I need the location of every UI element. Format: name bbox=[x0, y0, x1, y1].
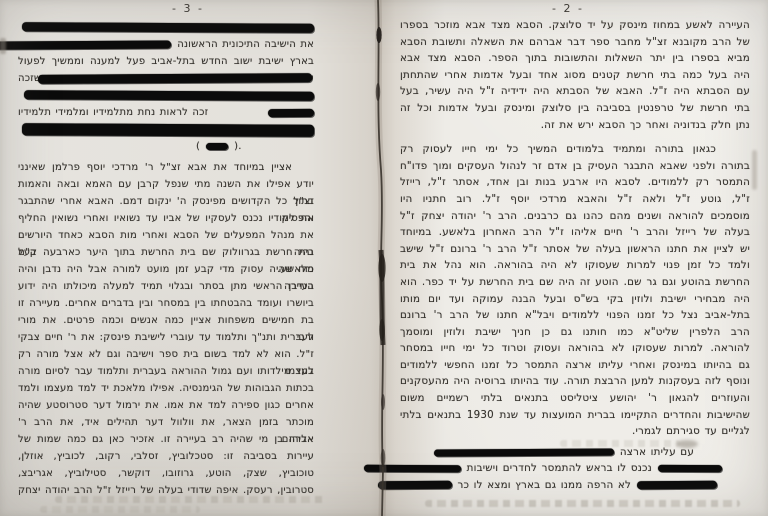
text-run: עם עליתו ארצה bbox=[620, 444, 694, 461]
text-line: בת חמישים משפחות אציין כמה אנשים וכמה פר… bbox=[18, 312, 314, 329]
page-2: - 2 - העיירה לאשע במחוז מינסק על יד סלוצ… bbox=[372, 0, 768, 516]
text-line: מביא בספרו בין יתר השאלות והתשובות בתוך … bbox=[400, 50, 750, 67]
text-line: להוראה. למרות שעסוקו לא בהוראה ועסוק וטר… bbox=[400, 340, 750, 357]
partially-redacted-line: זכה לראות נחת מתלמידיו ומלמידי תלמידיו bbox=[18, 104, 314, 121]
text-line: בארץ ישיבת ישוב החדש בתל-אביב פעל למענה … bbox=[18, 53, 314, 70]
redaction-line bbox=[18, 19, 314, 36]
text-line: ז"ל, גוטע ז"ל ולאה ז"ל והאבא מרדכי יוסף … bbox=[400, 191, 750, 208]
page-2-text-block: העיירה לאשע במחוז מינסק על יד סלוצק. הסב… bbox=[400, 17, 750, 494]
text-line: החרשת בהוטע וגם גר שם. הוטע זה היה שם בי… bbox=[400, 274, 750, 291]
text-run: ). bbox=[234, 138, 241, 155]
redaction-line bbox=[18, 121, 314, 138]
text-line: הנדבן הראשי מתן בסתר ובגלוי תמיד למעלה מ… bbox=[18, 278, 314, 295]
text-run: ( bbox=[196, 138, 200, 155]
text-line: יש לציין את חתנו הראשון בעלה של אסתר ז"ל… bbox=[400, 241, 750, 258]
text-line: היה בעל כמה בתי חרשת קטנים מסוג אחד ובעל… bbox=[400, 67, 750, 84]
text-line: ביושרו ועומד בהבטחתו בין במסחר ובין בדבר… bbox=[18, 295, 314, 312]
text-line: לגליים עד סגירתם לגמרי. bbox=[400, 423, 750, 440]
text-line: למד מילדותו ועם גמול ההוראה בעברית ותלמו… bbox=[18, 363, 314, 380]
redaction-bar bbox=[364, 465, 461, 473]
text-line: בעלה של רייזל והרב ר' חיים אליהו ז"ל הרב… bbox=[400, 224, 750, 241]
redaction-bar bbox=[637, 481, 717, 489]
text-run: נכנס לו בראש להתמסר לחדרים וישיבות bbox=[467, 460, 652, 477]
partially-redacted-line: את הישיבה התיכונית הראשונה bbox=[18, 36, 314, 53]
redaction-bar bbox=[0, 40, 171, 49]
redaction-bar bbox=[22, 22, 314, 33]
text-line: של הרב מקובנא זצ"ל מחבר ספר דבר אברהם את… bbox=[400, 34, 750, 51]
text-line: בתל-אביב נצל כל זמנו הפנוי ללמודים ויבל"… bbox=[400, 307, 750, 324]
text-line: אציין במיוחד את אבא זצ"ל ר' מרדכי יוסף פ… bbox=[18, 159, 314, 176]
text-line: בתורה ולפני שאבא התבגר העסיק בן אדם זר ל… bbox=[400, 158, 750, 175]
text-line: ז"ל. הוא לא למד בשום בית ספר וישיבה וגם … bbox=[18, 346, 314, 363]
text-line: ונוסף לזה בעסקנות למען הרבצת תורה. עוד ב… bbox=[400, 373, 750, 390]
page-3-text-block: את הישיבה התיכונית הראשונהבארץ ישיבת ישו… bbox=[18, 19, 314, 499]
text-line: נתן חלק בנדוניה ואחר כך הסבא ירש את זה. bbox=[400, 117, 750, 134]
text-line: אחרים כגון ספירה למד את אמו. את ירמול דע… bbox=[18, 397, 314, 414]
redaction-line bbox=[18, 87, 314, 104]
text-run: זכה לראות נחת מתלמידיו ומלמידי תלמידיו bbox=[18, 104, 208, 121]
text-line: כזה שהיה עסוק מדי קבע זמן מועט למורה אבל… bbox=[18, 261, 314, 278]
text-line: כגאון בתורה ומתמיד בלמודים המשיך כל ימי … bbox=[400, 141, 750, 158]
redaction-bar bbox=[24, 90, 314, 101]
text-line: לעברית ותנ"ך ותלמוד עד עוברי לישיבת פינס… bbox=[18, 329, 314, 346]
page-number-left: - 3 - bbox=[172, 2, 204, 15]
text-line: בית חרשת בגרוולוק שם בית החרשת בתוך היער… bbox=[18, 244, 314, 261]
partially-redacted-line: נכנס לו בראש להתמסר לחדרים וישיבות bbox=[400, 460, 750, 477]
text-line: בתוך כל הקדושים מפינסק ה' ינקום דמם. האב… bbox=[18, 193, 314, 210]
text-line: והעוזרים להגאון ר' יהושע ציטליסט בתנאים … bbox=[400, 390, 750, 407]
redaction-bar bbox=[268, 108, 314, 116]
page-3: - 3 - את הישיבה התיכונית הראשונהבארץ ישי… bbox=[0, 0, 372, 516]
text-line: יודע אפילו את השנה מתי שנפל קרבן עם האמא… bbox=[18, 176, 314, 193]
partially-redacted-line: לא הרפה ממנו גם בארץ ומצא לו כר bbox=[400, 477, 750, 494]
scanned-document-spread: - 3 - את הישיבה התיכונית הראשונהבארץ ישי… bbox=[0, 0, 768, 516]
text-run: את הישיבה התיכונית הראשונה bbox=[177, 36, 314, 53]
text-line: גם בהיותו במינסק ואחרי עליתו ארצה התמסר … bbox=[400, 357, 750, 374]
text-line: ולמד כל זמן פנוי למרות שעסוקו לא היה בהו… bbox=[400, 257, 750, 274]
text-line: עם הסבתא היה ז"ל. האבא של הסבתא היה ידיד… bbox=[400, 83, 750, 100]
text-line: טוכוביץ, שצק, הוטע, גרוזובו, דוקשר, סטיל… bbox=[18, 465, 314, 482]
redaction-bar bbox=[206, 143, 228, 150]
redaction-bar bbox=[658, 465, 722, 472]
text-line: עיירות בסביבה זו: סטכלוביץ, זסלבי, רקוב,… bbox=[18, 448, 314, 465]
text-line: מוסמכים להוראה ושנים מהם כהנו גם כרבנים.… bbox=[400, 208, 750, 225]
redaction-bar bbox=[22, 123, 314, 137]
text-line: העיירה לאשע במחוז מינסק על יד סלוצק. הסב… bbox=[400, 17, 750, 34]
text-line: את למודיו נכנס לעסקיו של אביו עד נשואיו … bbox=[18, 210, 314, 227]
redacted-parenthetical: (). bbox=[18, 138, 314, 155]
text-line: הרב הלפרין שליט"א כמו חותנו גם כן חניך י… bbox=[400, 324, 750, 341]
text-line: בכתות הגבוהות של הגימנסיה. אפילו מלאכת י… bbox=[18, 380, 314, 397]
text-run: לא הרפה ממנו גם בארץ ומצא לו כר bbox=[458, 477, 631, 494]
partially-redacted-line: עם עליתו ארצה bbox=[400, 444, 750, 461]
text-line: מוכתר בזמן הצאר, את וולוול דער תהילים אי… bbox=[18, 414, 314, 431]
redaction-bar bbox=[38, 73, 312, 84]
text-line: בתי חרשת של טרפנטין בסביבה בין סלוצק ומי… bbox=[400, 100, 750, 117]
redaction-bar bbox=[378, 481, 452, 489]
text-line: סטרובין, רעסק. איפה שדודי בעלה של רייזל … bbox=[18, 482, 314, 499]
page-number-right: - 2 - bbox=[552, 2, 584, 15]
text-line: היה מבחירי ישיבת ולוזין בקי בש"ס ובעל הב… bbox=[400, 291, 750, 308]
redaction-bar bbox=[434, 448, 614, 456]
text-line: התמסר רק ללמודים. לסבא היו ארבע בנות ובן… bbox=[400, 174, 750, 191]
text-line: אליהו בן מי שהיה רב בעיירה זו. אזכיר כאן… bbox=[18, 431, 314, 448]
text-line: שהישיבות והחדרים התקיימו בברית המועצות ע… bbox=[400, 407, 750, 424]
text-line: את מנהל המפעלים של הסבא ואחרי מות הסבא כ… bbox=[18, 227, 314, 244]
